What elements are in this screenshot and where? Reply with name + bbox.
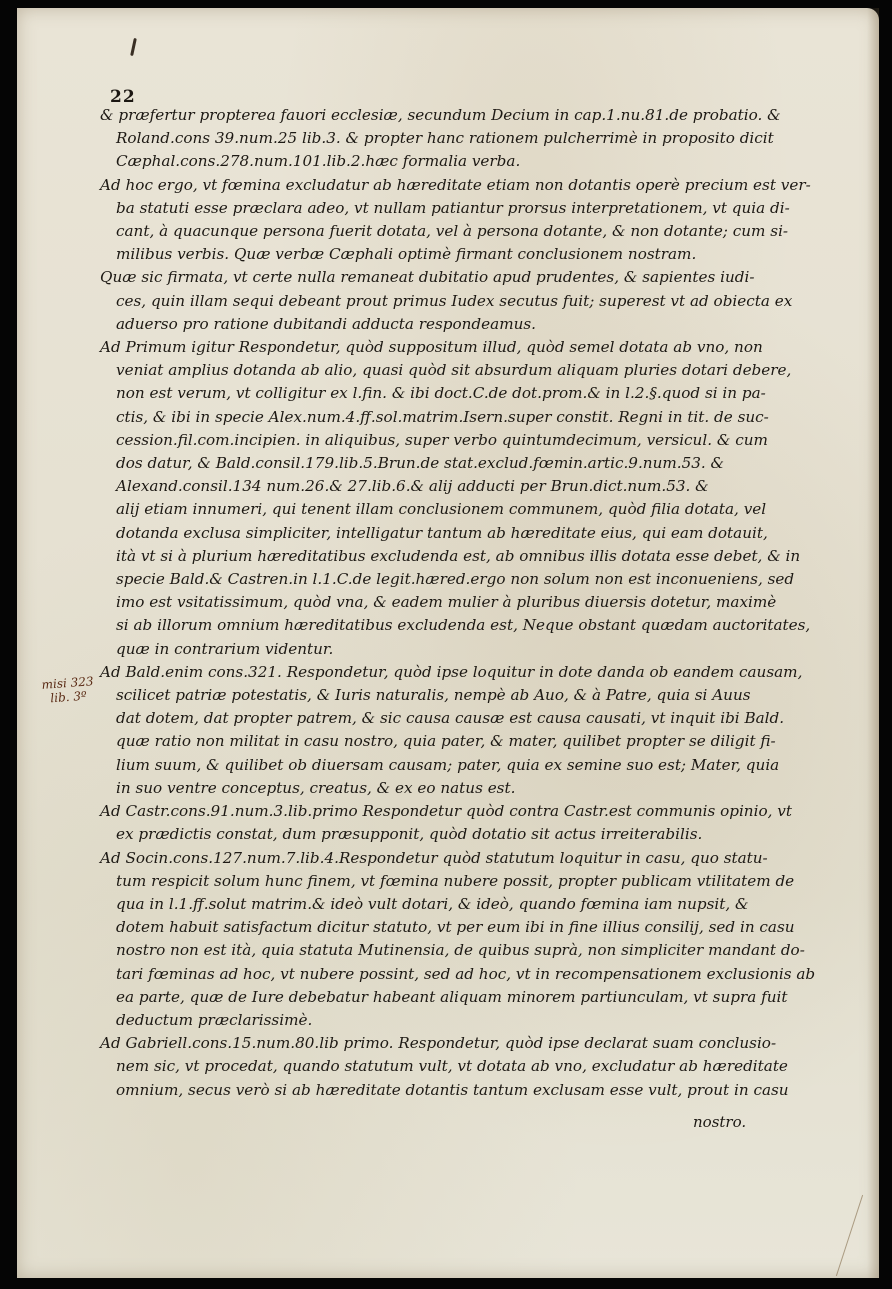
paragraph: Ad Socin.cons.127.num.7.lib.4.Respondetu… [100,847,800,1033]
text-line: nostro non est ità, quia statuta Mutinen… [116,939,800,962]
text-line: non est verum, vt colligitur ex l.fin. &… [116,382,800,405]
text-line: alij etiam innumeri, qui tenent illam co… [116,498,800,521]
paragraph: Quæ sic firmata, vt certe nulla remaneat… [100,266,800,336]
text-line: Roland.cons 39.num.25 lib.3. & propter h… [116,127,800,150]
text-line: deductum præclarissimè. [116,1009,800,1032]
text-line: cession.fil.com.incipien. in aliquibus, … [116,429,800,452]
text-line: dotem habuit satisfactum dicitur statuto… [116,916,800,939]
text-line: ea parte, quæ de Iure debebatur habeant … [116,986,800,1009]
text-line: imo est vsitatissimum, quòd vna, & eadem… [116,591,800,614]
page-edge-shadow [867,8,879,1278]
text-line: dotanda exclusa simpliciter, intelligatu… [116,522,800,545]
text-line: dat dotem, dat propter patrem, & sic cau… [116,707,800,730]
text-line: veniat amplius dotanda ab alio, quasi qu… [116,359,800,382]
text-line: cant, à quacunque persona fuerit dotata,… [116,220,800,243]
text-line: ità vt si à plurium hæreditatibus exclud… [116,545,800,568]
text-line: omnium, secus verò si ab hæreditate dota… [116,1079,800,1102]
text-line: ex prædictis constat, dum præsupponit, q… [116,823,800,846]
text-line: qua in l.1.ff.solut matrim.& ideò vult d… [116,893,800,916]
paragraph: Ad Gabriell.cons.15.num.80.lib primo. Re… [100,1032,800,1102]
catchword: nostro. [693,1113,746,1131]
text-line: milibus verbis. Quæ verbæ Cæphali optimè… [116,243,800,266]
text-line: tum respicit solum hunc finem, vt fœmina… [116,870,800,893]
text-line: dos datur, & Bald.consil.179.lib.5.Brun.… [116,452,800,475]
paragraph: & præfertur propterea fauori ecclesiæ, s… [100,104,800,174]
text-line: tari fœminas ad hoc, vt nubere possint, … [116,963,800,986]
text-line: Ad Socin.cons.127.num.7.lib.4.Respondetu… [116,847,800,870]
handwritten-marginal-note: misi 323 lib. 3º [32,674,104,707]
text-line: Cæphal.cons.278.num.101.lib.2.hæc formal… [116,150,800,173]
paragraph: Ad Castr.cons.91.num.3.lib.primo Respond… [100,800,800,846]
text-line: scilicet patriæ potestatis, & Iuris natu… [116,684,800,707]
body-text: & præfertur propterea fauori ecclesiæ, s… [100,104,800,1102]
text-line: lium suum, & quilibet ob diuersam causam… [116,754,800,777]
text-line: Ad Primum igitur Respondetur, quòd suppo… [116,336,800,359]
text-line: Quæ sic firmata, vt certe nulla remaneat… [116,266,800,289]
text-line: si ab illorum omnium hæreditatibus exclu… [116,614,800,637]
paragraph: Ad hoc ergo, vt fœmina excludatur ab hær… [100,174,800,267]
text-line: Alexand.consil.134 num.26.& 27.lib.6.& a… [116,475,800,498]
text-line: ctis, & ibi in specie Alex.num.4.ff.sol.… [116,406,800,429]
text-line: Ad hoc ergo, vt fœmina excludatur ab hær… [116,174,800,197]
text-line: nem sic, vt procedat, quando statutum vu… [116,1055,800,1078]
paragraph: Ad Bald.enim cons.321. Respondetur, quòd… [100,661,800,800]
text-line: in suo ventre conceptus, creatus, & ex e… [116,777,800,800]
text-line: Ad Castr.cons.91.num.3.lib.primo Respond… [116,800,800,823]
text-line: ces, quin illam sequi debeant prout prim… [116,290,800,313]
text-line: aduerso pro ratione dubitandi adducta re… [116,313,800,336]
paragraph: Ad Primum igitur Respondetur, quòd suppo… [100,336,800,661]
text-line: specie Bald.& Castren.in l.1.C.de legit.… [116,568,800,591]
text-line: & præfertur propterea fauori ecclesiæ, s… [116,104,800,127]
text-line: ba statuti esse præclara adeo, vt nullam… [116,197,800,220]
paper-crease [836,1195,863,1276]
text-line: Ad Bald.enim cons.321. Respondetur, quòd… [116,661,800,684]
ink-stroke-mark [130,38,137,56]
text-line: quæ in contrarium videntur. [116,638,800,661]
text-line: Ad Gabriell.cons.15.num.80.lib primo. Re… [116,1032,800,1055]
text-line: quæ ratio non militat in casu nostro, qu… [116,730,800,753]
